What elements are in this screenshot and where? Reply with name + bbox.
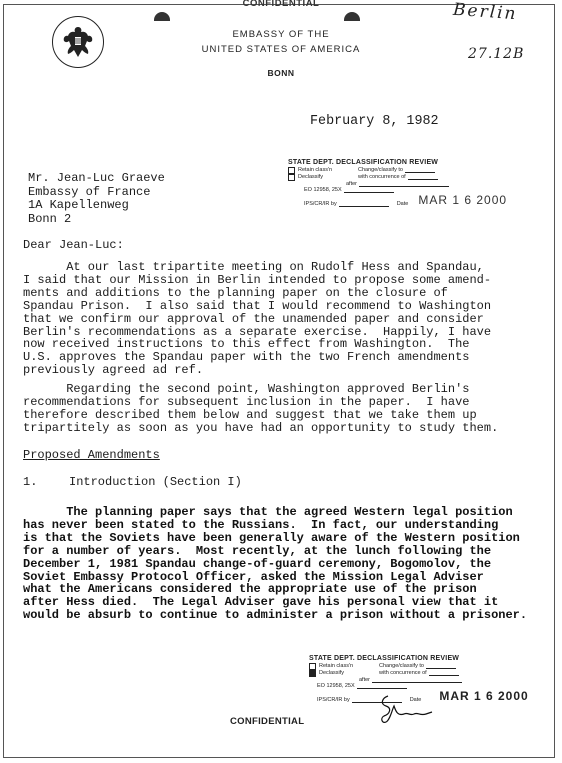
letterhead-city: BONN xyxy=(0,68,562,78)
retain-checkbox xyxy=(288,167,295,174)
section-title: 1.Introduction (Section I) xyxy=(23,475,242,489)
paragraph-2: Regarding the second point, Washington a… xyxy=(23,383,553,435)
recipient-organization: Embassy of France xyxy=(28,186,165,200)
recipient-city: Bonn 2 xyxy=(28,213,165,227)
ips-label: IPS/CR/IR by xyxy=(317,697,350,703)
eo-label: EO 12958, 25X xyxy=(317,683,355,689)
declassification-stamp-top: STATE DEPT. DECLASSIFICATION REVIEW Reta… xyxy=(288,159,528,207)
recipient-address: Mr. Jean-Luc Graeve Embassy of France 1A… xyxy=(28,172,165,226)
ips-label: IPS/CR/IR by xyxy=(304,201,337,207)
retain-label: Retain class'n xyxy=(319,663,379,670)
declassify-label: Declassify xyxy=(319,670,379,677)
recipient-name: Mr. Jean-Luc Graeve xyxy=(28,172,165,186)
handwritten-note-number: 27.12B xyxy=(468,46,524,62)
declassify-label: Declassify xyxy=(298,174,358,181)
punch-hole-right xyxy=(344,12,360,21)
letterhead-line-1: EMBASSY OF THE xyxy=(0,29,562,40)
concurrence-label: with concurrence of xyxy=(379,670,427,677)
change-label: Change/classify to xyxy=(358,167,403,174)
salutation: Dear Jean-Luc: xyxy=(23,239,553,252)
letter-date: February 8, 1982 xyxy=(310,114,439,129)
classification-marking-bottom: CONFIDENTIAL xyxy=(230,716,304,727)
punch-hole-left xyxy=(154,12,170,21)
stamp-date-value: MAR 1 6 2000 xyxy=(418,193,507,207)
recipient-street: 1A Kapellenweg xyxy=(28,199,165,213)
stamp-title: STATE DEPT. DECLASSIFICATION REVIEW xyxy=(288,159,528,166)
embassy-seal-icon xyxy=(52,16,104,68)
change-label: Change/classify to xyxy=(379,663,424,670)
retain-checkbox xyxy=(309,663,316,670)
reviewer-signature-icon xyxy=(370,692,440,726)
page-border xyxy=(3,4,555,758)
paragraph-1: At our last tripartite meeting on Rudolf… xyxy=(23,261,553,377)
concurrence-label: with concurrence of xyxy=(358,174,406,181)
section-number: 1. xyxy=(23,475,69,489)
stamp-date-value: MAR 1 6 2000 xyxy=(439,689,528,703)
stamp-title: STATE DEPT. DECLASSIFICATION REVIEW xyxy=(309,655,559,662)
section-title-text: Introduction (Section I) xyxy=(69,475,242,489)
section-heading: Proposed Amendments xyxy=(23,448,160,462)
paragraph-3: The planning paper says that the agreed … xyxy=(23,506,553,622)
declassify-checkbox xyxy=(288,174,295,181)
eo-label: EO 12958, 25X xyxy=(304,187,342,193)
retain-label: Retain class'n xyxy=(298,167,358,174)
date-label: Date xyxy=(397,201,409,207)
declassify-checkbox-checked xyxy=(309,670,316,677)
